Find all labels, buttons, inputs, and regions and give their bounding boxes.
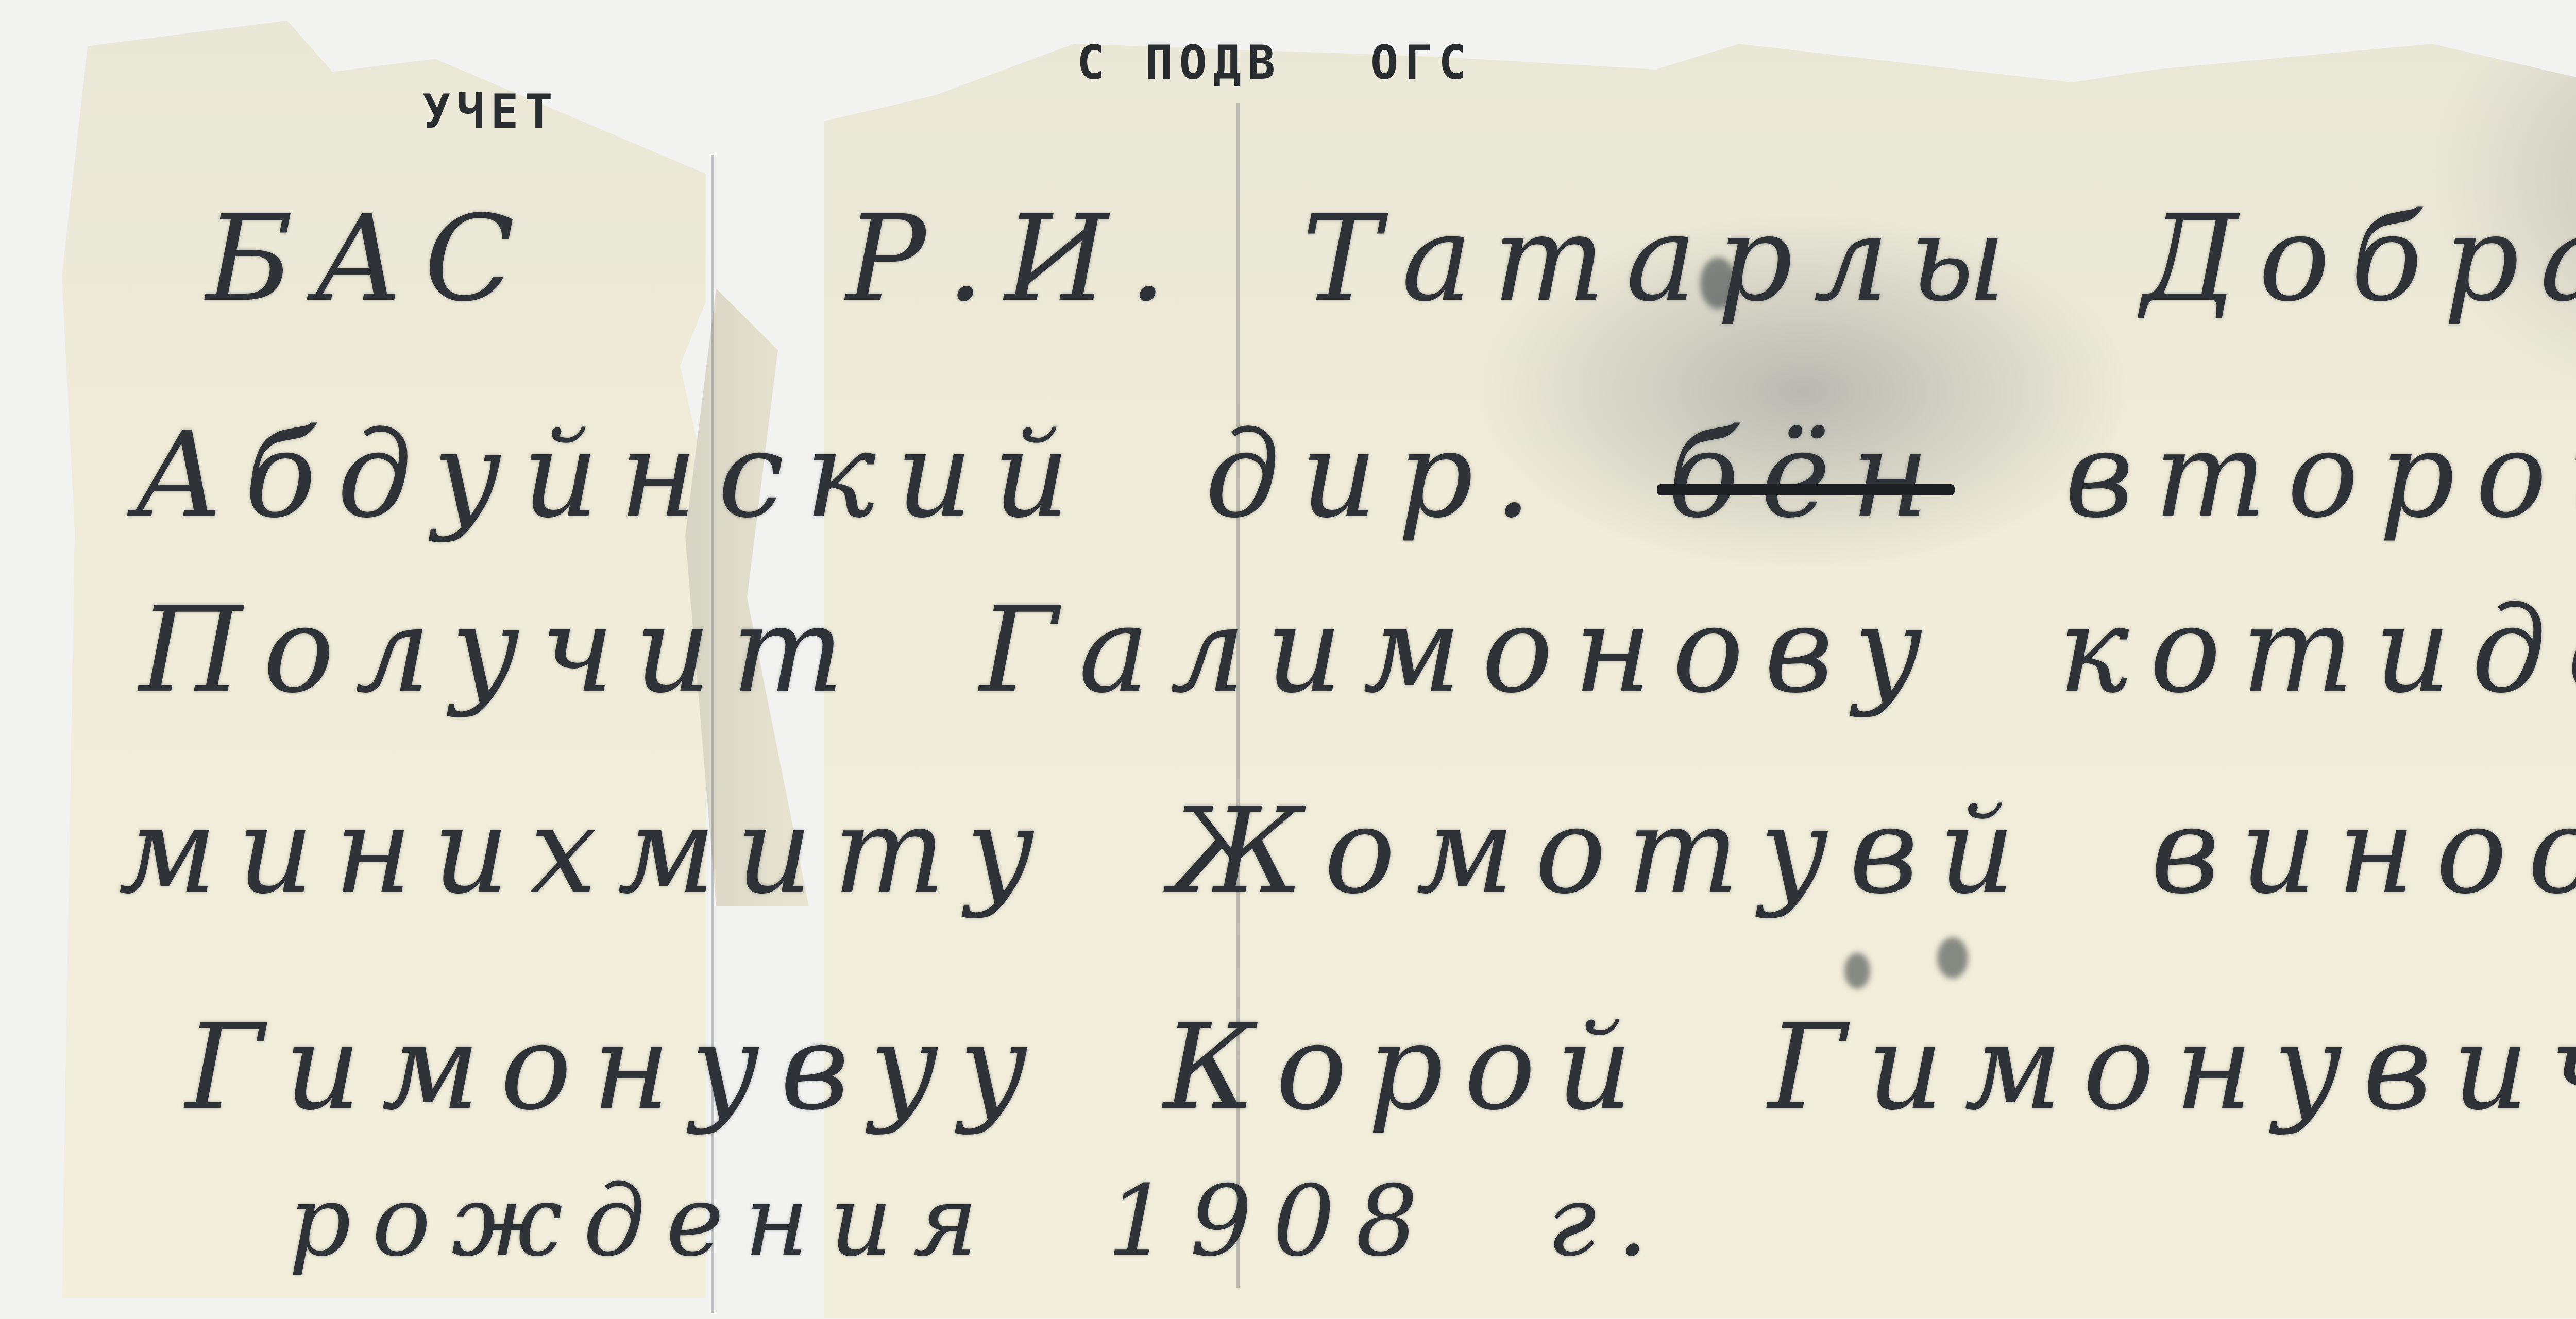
handwritten-line-3: Получит Галимонову котиде (139, 582, 2576, 720)
hand-word: Гимонувич (1768, 999, 2576, 1137)
hand-word: второй (2064, 407, 2576, 544)
handwritten-line-4: минихмиту Жомотувй винос. От (118, 783, 2576, 920)
hand-word: Получит (139, 582, 865, 720)
struck-through-word: бён (1667, 407, 1950, 544)
printed-header-fragment: УЧЕТ (422, 85, 559, 139)
hand-word: Добрат (2142, 191, 2576, 328)
handwritten-line-5: Гимонувуу Корой Гимонувич Гот. (185, 999, 2576, 1137)
handwritten-line-1: БАС Р.И. Татарлы Добрат Хот (206, 191, 2576, 328)
hand-word: котиде (2058, 582, 2576, 720)
ink-blot (1844, 953, 1870, 989)
hand-word: Татарлы (1302, 191, 2027, 328)
ink-blot (1937, 937, 1968, 979)
paper-crease (711, 155, 714, 1313)
hand-word: Галимонову (979, 582, 1943, 720)
hand-word: минихмиту (118, 783, 1056, 920)
birth-year: 1908 (1107, 1164, 1439, 1278)
hand-word: Корой (1163, 999, 1653, 1137)
handwritten-line-2: Абдуйнский дир. бён второй Сын Яз (134, 407, 2576, 544)
printed-header-fragment: ОГС (1370, 36, 1473, 90)
hand-word: винос. (2150, 783, 2576, 920)
hand-word: Гимонувуу (185, 999, 1048, 1137)
hand-word: БАС (206, 191, 535, 328)
hand-word: г. (1547, 1164, 1669, 1278)
hand-word: Абдуйнский (134, 407, 1090, 544)
hand-word: Жомотувй (1171, 783, 2036, 920)
hand-word: Р.И. (846, 191, 1187, 328)
hand-word: рождения (289, 1164, 998, 1278)
handwritten-line-6: рождения 1908 г. (289, 1164, 1725, 1278)
printed-header-fragment: С ПОДВ (1077, 36, 1281, 90)
hand-word: дир. (1205, 407, 1552, 544)
